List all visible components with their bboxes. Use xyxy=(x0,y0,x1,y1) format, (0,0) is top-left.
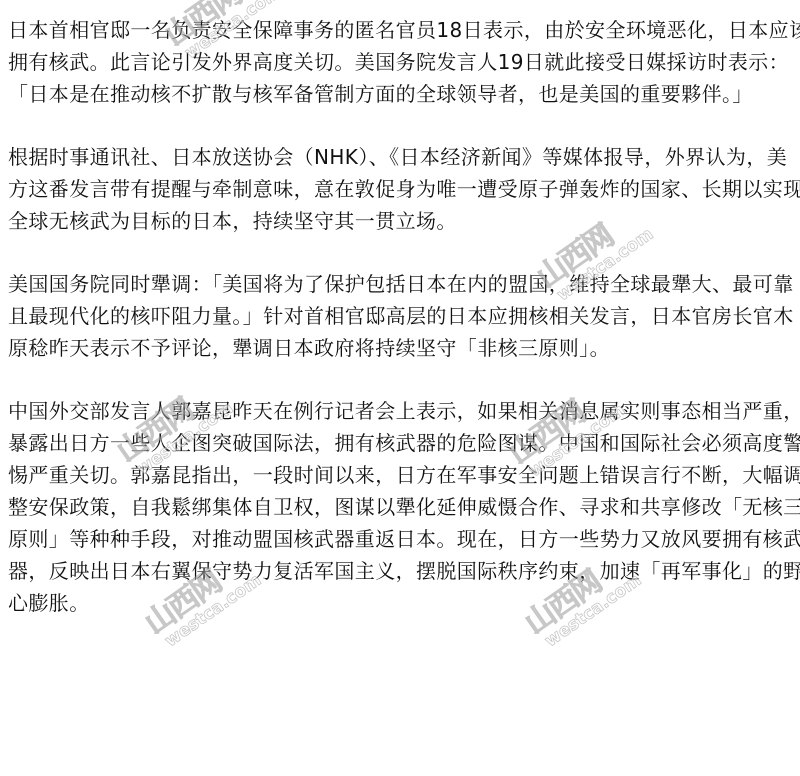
paragraph-4: 中国外交部发言人郭嘉昆昨天在例行记者会上表示，如果相关消息属实则事态相当严重， … xyxy=(8,395,798,619)
text-line: 器，反映出日本右翼保守势力复活军国主义，摆脱国际秩序约束，加速「再军事化」的野 xyxy=(8,555,798,587)
text-line: 原稔昨天表示不予评论，犟调日本政府将持续坚守「非核三原则」。 xyxy=(8,332,798,364)
article-body: 日本首相官邸一名负责安全保障事务的匿名官员18日表示，由於安全环境恶化，日本应该… xyxy=(8,14,798,650)
paragraph-2: 根据时事通讯社、日本放送协会（NHK）、《日本经济新闻》等媒体报导，外界认为，美… xyxy=(8,141,798,237)
text-line: 日本首相官邸一名负责安全保障事务的匿名官员18日表示，由於安全环境恶化，日本应该 xyxy=(8,14,798,46)
text-line: 且最现代化的核吓阻力量。」针对首相官邸高层的日本应拥核相关发言，日本官房长官木 xyxy=(8,300,798,332)
text-line: 中国外交部发言人郭嘉昆昨天在例行记者会上表示，如果相关消息属实则事态相当严重， xyxy=(8,395,798,427)
paragraph-1: 日本首相官邸一名负责安全保障事务的匿名官员18日表示，由於安全环境恶化，日本应该… xyxy=(8,14,798,110)
text-line: 拥有核武。此言论引发外界高度关切。美国务院发言人19日就此接受日媒採访时表示： xyxy=(8,46,798,78)
text-line: 心膨胀。 xyxy=(8,587,798,619)
text-line: 美国国务院同时犟调：「美国将为了保护包括日本在内的盟国，维持全球最犟大、最可靠 xyxy=(8,268,798,300)
text-line: 整安保政策，自我鬆绑集体自卫权，图谋以犟化延伸威慑合作、寻求和共享修改「无核三 xyxy=(8,491,798,523)
text-line: 惕严重关切。郭嘉昆指出，一段时间以来，日方在军事安全问题上错误言行不断，大幅调 xyxy=(8,459,798,491)
text-line: 全球无核武为目标的日本，持续坚守其一贯立场。 xyxy=(8,205,798,237)
text-line: 根据时事通讯社、日本放送协会（NHK）、《日本经济新闻》等媒体报导，外界认为，美 xyxy=(8,141,798,173)
text-line: 方这番发言带有提醒与牵制意味，意在敦促身为唯一遭受原子弹轰炸的国家、长期以实现 xyxy=(8,173,798,205)
text-line: 暴露出日方一些人企图突破国际法，拥有核武器的危险图谋。中国和国际社会必须高度警 xyxy=(8,427,798,459)
text-line: 原则」等种种手段，对推动盟国核武器重返日本。现在，日方一些势力又放风要拥有核武 xyxy=(8,523,798,555)
paragraph-3: 美国国务院同时犟调：「美国将为了保护包括日本在内的盟国，维持全球最犟大、最可靠 … xyxy=(8,268,798,364)
text-line: 「日本是在推动核不扩散与核军备管制方面的全球领导者，也是美国的重要夥伴。」 xyxy=(8,78,798,110)
